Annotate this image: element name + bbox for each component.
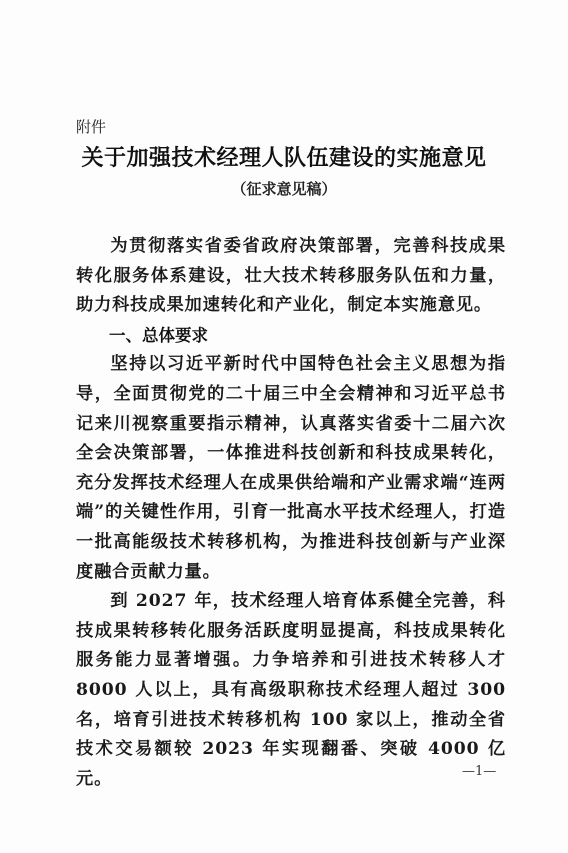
guiding-principles-paragraph: 坚持以习近平新时代中国特色社会主义思想为指导，全面贯彻党的二十届三中全会精神和习… [76, 350, 506, 587]
document-page: 附件 关于加强技术经理人队伍建设的实施意见 （征求意见稿） 为贯彻落实省委省政府… [0, 0, 568, 853]
document-subtitle: （征求意见稿） [0, 178, 568, 199]
document-title: 关于加强技术经理人队伍建设的实施意见 [0, 141, 568, 172]
targets-2027-paragraph: 到 2027 年，技术经理人培育体系健全完善，科技成果转移转化服务活跃度明显提高… [76, 587, 506, 794]
page-number: —1— [462, 764, 496, 779]
document-body: 为贯彻落实省委省政府决策部署，完善科技成果转化服务体系建设，壮大技术转移服务队伍… [76, 232, 506, 794]
section-heading-general-requirements: 一、总体要求 [76, 321, 506, 351]
attachment-label: 附件 [76, 116, 106, 137]
intro-paragraph: 为贯彻落实省委省政府决策部署，完善科技成果转化服务体系建设，壮大技术转移服务队伍… [76, 232, 506, 321]
